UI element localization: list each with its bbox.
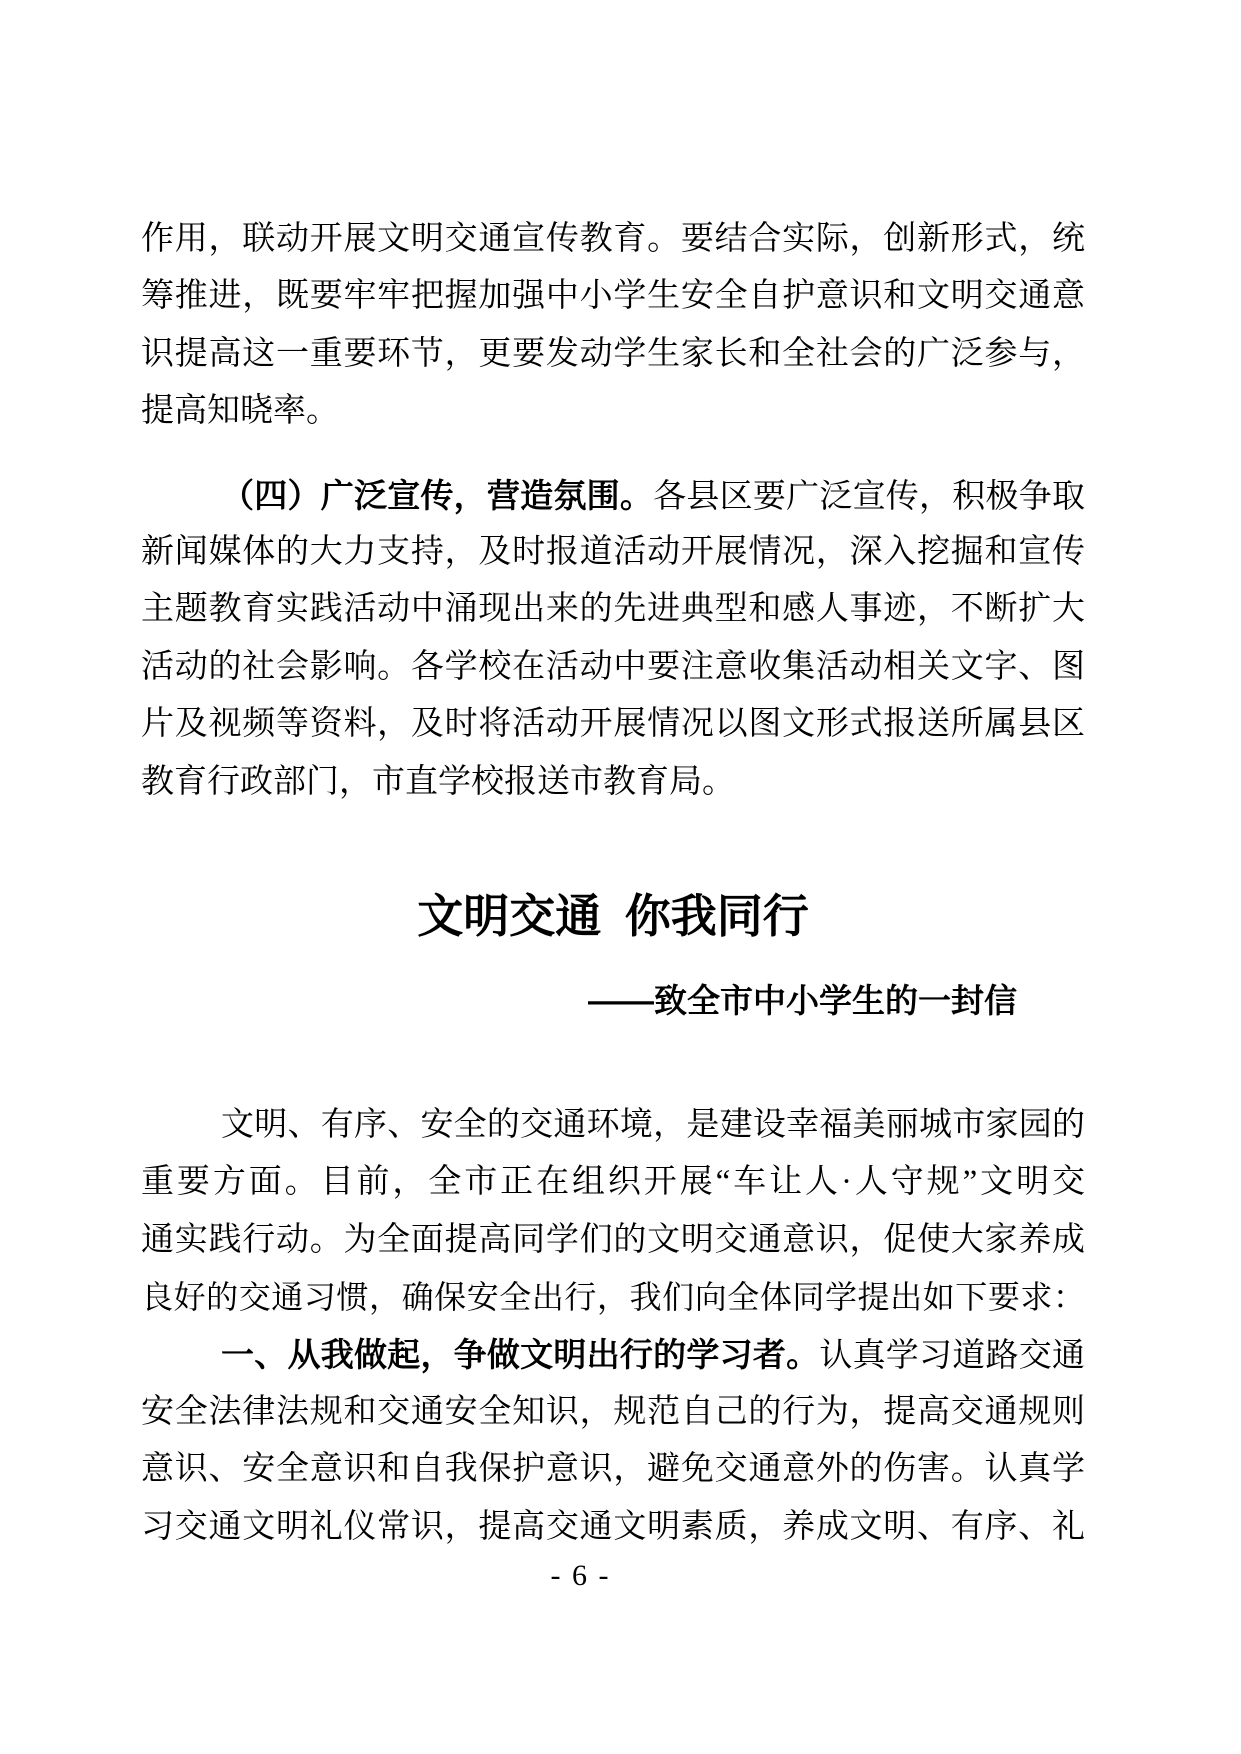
letter-title: 文明交通 你我同行 xyxy=(141,887,1085,947)
text-line: 良好的交通习惯，确保安全出行，我们向全体同学提出如下要求： xyxy=(141,1269,1085,1326)
text-line: （四）广泛宣传，营造氛围。各县区要广泛宣传，积极争取 xyxy=(141,467,1085,524)
text-line: 活动的社会影响。各学校在活动中要注意收集活动相关文字、图 xyxy=(141,639,1085,696)
section4-heading-lead: （四）广泛宣传，营造氛围。 xyxy=(221,477,653,514)
section4-first-line-text: 各县区要广泛宣传，积极争取 xyxy=(653,479,1085,515)
text-line: 通实践行动。为全面提高同学们的文明交通意识，促使大家养成 xyxy=(141,1212,1085,1269)
text-line: 一、从我做起，争做文明出行的学习者。认真学习道路交通 xyxy=(141,1326,1085,1383)
text-line: 筹推进，既要牢牢把握加强中小学生安全自护意识和文明交通意 xyxy=(141,268,1085,325)
item1-heading-lead: 一、从我做起，争做文明出行的学习者。 xyxy=(221,1336,819,1373)
text-line: 主题教育实践活动中涌现出来的先进典型和感人事迹，不断扩大 xyxy=(141,581,1085,638)
text-line: 作用，联动开展文明交通宣传教育。要结合实际，创新形式，统 xyxy=(141,211,1085,268)
text-line: 安全法律法规和交通安全知识，规范自己的行为，提高交通规则 xyxy=(141,1384,1085,1441)
text-block: 作用，联动开展文明交通宣传教育。要结合实际，创新形式，统 筹推进，既要牢牢把握加… xyxy=(141,211,1085,1556)
text-line: 习交通文明礼仪常识，提高交通文明素质，养成文明、有序、礼 xyxy=(141,1499,1085,1556)
paragraph-continuation: 作用，联动开展文明交通宣传教育。要结合实际，创新形式，统 筹推进，既要牢牢把握加… xyxy=(141,211,1085,441)
text-line: 新闻媒体的大力支持，及时报道活动开展情况，深入挖掘和宣传 xyxy=(141,524,1085,581)
text-line: 意识、安全意识和自我保护意识，避免交通意外的伤害。认真学 xyxy=(141,1441,1085,1498)
letter-subtitle: ——致全市中小学生的一封信 xyxy=(141,972,1085,1029)
paragraph-item1: 一、从我做起，争做文明出行的学习者。认真学习道路交通 安全法律法规和交通安全知识… xyxy=(141,1326,1085,1556)
text-line: 重要方面。目前，全市正在组织开展“车让人·人守规”文明交 xyxy=(141,1154,1085,1211)
item1-first-line-text: 认真学习道路交通 xyxy=(819,1338,1085,1374)
text-line: 片及视频等资料，及时将活动开展情况以图文形式报送所属县区 xyxy=(141,696,1085,753)
text-line: 识提高这一重要环节，更要发动学生家长和全社会的广泛参与， xyxy=(141,326,1085,383)
paragraph-section4: （四）广泛宣传，营造氛围。各县区要广泛宣传，积极争取 新闻媒体的大力支持，及时报… xyxy=(141,467,1085,811)
document-page: 作用，联动开展文明交通宣传教育。要结合实际，创新形式，统 筹推进，既要牢牢把握加… xyxy=(0,0,1241,1754)
text-line: 教育行政部门，市直学校报送市教育局。 xyxy=(141,754,1085,811)
text-line: 文明、有序、安全的交通环境，是建设幸福美丽城市家园的 xyxy=(141,1097,1085,1154)
text-line: 提高知晓率。 xyxy=(141,383,1085,440)
page-number: - 6 - xyxy=(0,1556,1241,1596)
paragraph-intro: 文明、有序、安全的交通环境，是建设幸福美丽城市家园的 重要方面。目前，全市正在组… xyxy=(141,1097,1085,1327)
